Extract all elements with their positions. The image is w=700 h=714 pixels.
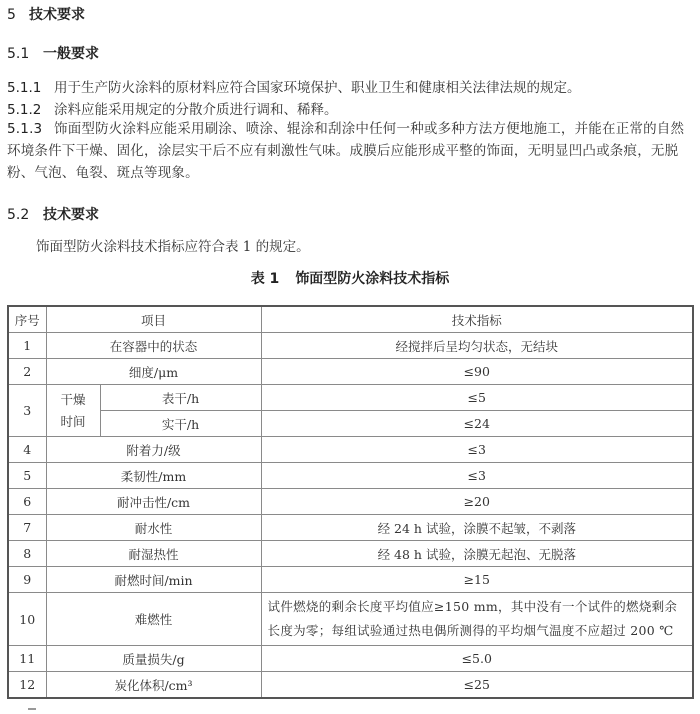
row-item: 细度/μm (46, 359, 261, 385)
section-title: 技术要求 (29, 7, 85, 23)
clause-5-1-3: 5.1.3饰面型防火涂料应能采用刷涂、喷涂、辊涂和刮涂中任何一种或多种方法方便地… (7, 118, 693, 184)
section-number: 5.2 (7, 207, 43, 223)
header-item: 项目 (46, 306, 261, 333)
row-spec: ≤3 (261, 463, 693, 489)
table-row: 4 附着力/级 ≤3 (8, 437, 693, 463)
row-spec: 经搅拌后呈均匀状态，无结块 (261, 333, 693, 359)
row-no: 2 (8, 359, 46, 385)
table-row: 12 炭化体积/cm³ ≤25 (8, 672, 693, 699)
table-row: 11 质量损失/g ≤5.0 (8, 646, 693, 672)
row-no: 3 (8, 385, 46, 437)
table-caption: 表 1饰面型防火涂料技术指标 (0, 268, 700, 288)
table-row: 实干/h ≤24 (8, 411, 693, 437)
row-item: 耐燃时间/min (46, 567, 261, 593)
row-no: 1 (8, 333, 46, 359)
row-no: 6 (8, 489, 46, 515)
row-spec: ≤3 (261, 437, 693, 463)
row-item: 质量损失/g (46, 646, 261, 672)
clause-text: 饰面型防火涂料应能采用刷涂、喷涂、辊涂和刮涂中任何一种或多种方法方便地施工，并能… (7, 121, 684, 181)
row-item: 耐冲击性/cm (46, 489, 261, 515)
header-spec: 技术指标 (261, 306, 693, 333)
section-5-2-heading: 5.2技术要求 (7, 204, 99, 224)
row-no: 9 (8, 567, 46, 593)
table-row: 2 细度/μm ≤90 (8, 359, 693, 385)
table-row: 3 干燥 时间 表干/h ≤5 (8, 385, 693, 411)
section-5-heading: 5技术要求 (7, 4, 85, 24)
row-spec: ≤90 (261, 359, 693, 385)
table-title: 饰面型防火涂料技术指标 (295, 271, 449, 287)
row-item: 难燃性 (46, 593, 261, 646)
table-row: 1 在容器中的状态 经搅拌后呈均匀状态，无结块 (8, 333, 693, 359)
table-row: 7 耐水性 经 24 h 试验，涂膜不起皱，不剥落 (8, 515, 693, 541)
section-5-2-intro: 饰面型防火涂料技术指标应符合表 1 的规定。 (36, 235, 310, 255)
clause-number: 5.1.3 (7, 118, 54, 140)
row-spec: ≤5 (261, 385, 693, 411)
row-no: 11 (8, 646, 46, 672)
table-row: 8 耐湿热性 经 48 h 试验，涂膜无起泡、无脱落 (8, 541, 693, 567)
section-number: 5 (7, 7, 29, 23)
table-number: 表 1 (251, 271, 280, 287)
row-group-label: 干燥 时间 (46, 385, 100, 437)
clause-5-1-1: 5.1.1用于生产防火涂料的原材料应符合国家环境保护、职业卫生和健康相关法律法规… (7, 76, 581, 96)
clause-number: 5.1.1 (7, 80, 54, 96)
row-item: 柔韧性/mm (46, 463, 261, 489)
row-item: 在容器中的状态 (46, 333, 261, 359)
row-spec: 经 24 h 试验，涂膜不起皱，不剥落 (261, 515, 693, 541)
row-spec: 经 48 h 试验，涂膜无起泡、无脱落 (261, 541, 693, 567)
row-no: 8 (8, 541, 46, 567)
table-row: 10 难燃性 试件燃烧的剩余长度平均值应≥150 mm，其中没有一个试件的燃烧剩… (8, 593, 693, 646)
table-row: 6 耐冲击性/cm ≥20 (8, 489, 693, 515)
row-no: 5 (8, 463, 46, 489)
row-spec: ≥15 (261, 567, 693, 593)
group-label-line1: 干燥 (60, 392, 85, 407)
clause-5-1-2: 5.1.2涂料应能采用规定的分散介质进行调和、稀释。 (7, 98, 338, 118)
clause-text: 用于生产防火涂料的原材料应符合国家环境保护、职业卫生和健康相关法律法规的规定。 (54, 80, 581, 96)
row-spec: ≤25 (261, 672, 693, 699)
clause-number: 5.1.2 (7, 102, 54, 118)
row-no: 10 (8, 593, 46, 646)
row-subitem: 实干/h (100, 411, 261, 437)
row-no: 12 (8, 672, 46, 699)
page-cut-mark (28, 708, 36, 710)
spec-table: 序号 项目 技术指标 1 在容器中的状态 经搅拌后呈均匀状态，无结块 2 细度/… (7, 305, 694, 699)
row-spec: ≤5.0 (261, 646, 693, 672)
section-title: 一般要求 (43, 46, 99, 62)
row-item: 耐湿热性 (46, 541, 261, 567)
row-subitem: 表干/h (100, 385, 261, 411)
row-spec: 试件燃烧的剩余长度平均值应≥150 mm，其中没有一个试件的燃烧剩余长度为零；每… (261, 593, 693, 646)
table-row: 9 耐燃时间/min ≥15 (8, 567, 693, 593)
row-spec: ≥20 (261, 489, 693, 515)
row-spec: ≤24 (261, 411, 693, 437)
row-item: 附着力/级 (46, 437, 261, 463)
table-header-row: 序号 项目 技术指标 (8, 306, 693, 333)
row-item: 耐水性 (46, 515, 261, 541)
section-5-1-heading: 5.1一般要求 (7, 43, 99, 63)
section-title: 技术要求 (43, 207, 99, 223)
row-no: 7 (8, 515, 46, 541)
header-no: 序号 (8, 306, 46, 333)
section-number: 5.1 (7, 46, 43, 62)
row-no: 4 (8, 437, 46, 463)
group-label-line2: 时间 (60, 414, 85, 429)
row-item: 炭化体积/cm³ (46, 672, 261, 699)
clause-text: 涂料应能采用规定的分散介质进行调和、稀释。 (54, 102, 338, 118)
table-row: 5 柔韧性/mm ≤3 (8, 463, 693, 489)
